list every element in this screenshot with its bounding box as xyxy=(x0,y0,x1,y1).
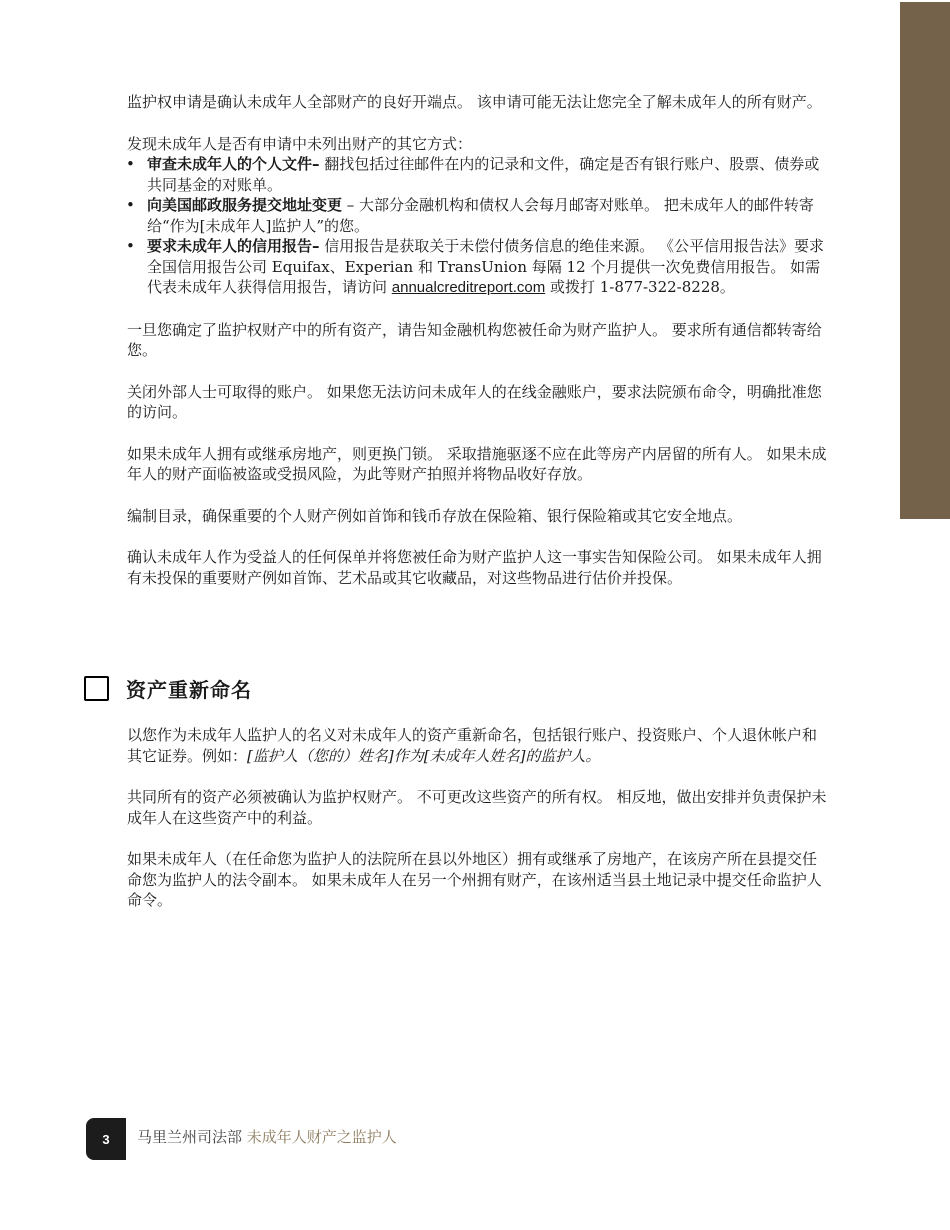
paragraph-real-estate: 如果未成年人拥有或继承房地产，则更换门锁。 采取措施驱逐不应在此等房产内居留的所… xyxy=(127,444,827,485)
list-item-heading: 向美国邮政服务提交地址变更 xyxy=(147,196,342,214)
section-content: 以您作为未成年人监护人的名义对未成年人的资产重新命名，包括银行账户、投资账户、个… xyxy=(127,725,827,932)
list-item-heading: 要求未成年人的信用报告– xyxy=(147,237,320,255)
bullet-icon: • xyxy=(126,236,135,257)
bullet-icon: • xyxy=(126,195,135,216)
side-tab-decoration xyxy=(900,2,950,519)
list-item: • 向美国邮政服务提交地址变更 – 大部分金融机构和债权人会每月邮寄对账单。 把… xyxy=(127,195,827,236)
example-text: [监护人（您的）姓名]作为[未成年人姓名]的监护人。 xyxy=(247,747,600,765)
footer-title: 未成年人财产之监护人 xyxy=(247,1128,397,1146)
paragraph-inventory: 编制目录，确保重要的个人财产例如首饰和钱币存放在保险箱、银行保险箱或其它安全地点… xyxy=(127,506,827,527)
checkbox[interactable] xyxy=(84,676,109,701)
footer-org: 马里兰州司法部 xyxy=(137,1128,242,1146)
paragraph-notify: 一旦您确定了监护权财产中的所有资产，请告知金融机构您被任命为财产监护人。 要求所… xyxy=(127,320,827,361)
bullet-icon: • xyxy=(126,154,135,175)
methods-list: • 审查未成年人的个人文件– 翻找包括过往邮件在内的记录和文件，确定是否有银行账… xyxy=(127,154,827,299)
list-lead: 发现未成年人是否有申请中未列出财产的其它方式： xyxy=(127,134,827,155)
list-item-heading: 审查未成年人的个人文件– xyxy=(147,155,320,173)
footer: 马里兰州司法部 未成年人财产之监护人 xyxy=(137,1126,397,1147)
page-number-badge: 3 xyxy=(86,1118,126,1160)
paragraph-county: 如果未成年人（在任命您为监护人的法院所在县以外地区）拥有或继承了房地产，在该房产… xyxy=(127,849,827,911)
section-header: 资产重新命名 xyxy=(84,673,252,703)
section-title: 资产重新命名 xyxy=(126,674,252,703)
paragraph-intro: 监护权申请是确认未成年人全部财产的良好开端点。 该申请可能无法让您完全了解未成年… xyxy=(127,92,827,113)
list-item-text: 或拨打 1-877-322-8228。 xyxy=(545,278,735,296)
main-content: 监护权申请是确认未成年人全部财产的良好开端点。 该申请可能无法让您完全了解未成年… xyxy=(127,92,827,609)
paragraph-retitle: 以您作为未成年人监护人的名义对未成年人的资产重新命名，包括银行账户、投资账户、个… xyxy=(127,725,827,766)
paragraph-insurance: 确认未成年人作为受益人的任何保单并将您被任命为财产监护人这一事实告知保险公司。 … xyxy=(127,547,827,588)
paragraph-accounts: 关闭外部人士可取得的账户。 如果您无法访问未成年人的在线金融账户，要求法院颁布命… xyxy=(127,382,827,423)
list-item: • 审查未成年人的个人文件– 翻找包括过往邮件在内的记录和文件，确定是否有银行账… xyxy=(127,154,827,195)
paragraph-joint: 共同所有的资产必须被确认为监护权财产。 不可更改这些资产的所有权。 相反地，做出… xyxy=(127,787,827,828)
list-item: • 要求未成年人的信用报告– 信用报告是获取关于未偿付债务信息的绝佳来源。 《公… xyxy=(127,236,827,299)
credit-report-link[interactable]: annualcreditreport.com xyxy=(392,279,545,296)
